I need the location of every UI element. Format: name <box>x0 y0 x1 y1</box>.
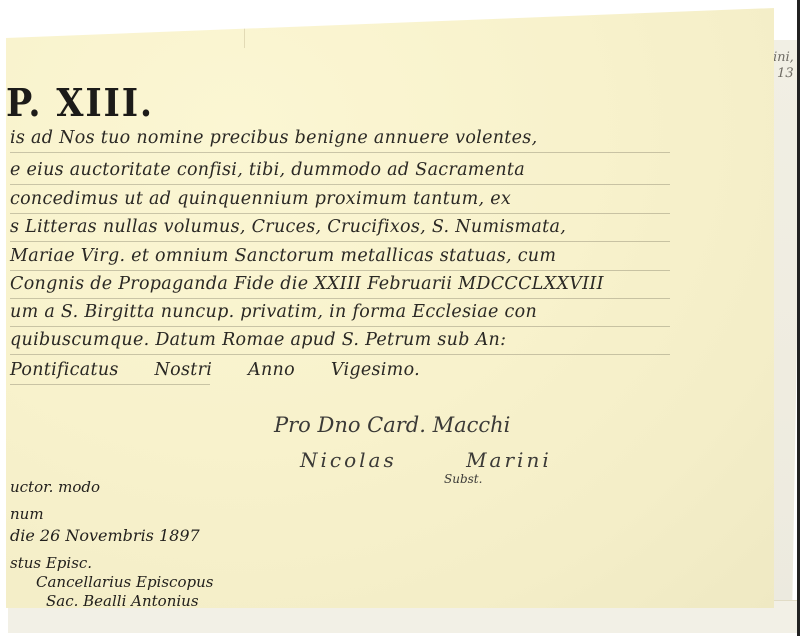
annotation-line: num <box>10 505 44 523</box>
ruled-line <box>10 298 670 299</box>
ruled-line <box>10 184 670 185</box>
ruled-line <box>10 241 670 242</box>
body-line: Congnis de Propaganda Fide die XXIII Feb… <box>10 274 604 294</box>
ruled-line <box>10 384 210 385</box>
document-page: P. XIII. is ad Nos tuo nomine precibus b… <box>6 8 774 608</box>
signature-line-2: Nicolas Marini <box>300 448 552 472</box>
body-line: quibuscumque. Datum Romae apud S. Petrum… <box>10 330 506 350</box>
body-line: Mariae Virg. et omnium Sanctorum metalli… <box>10 246 556 266</box>
ruled-line <box>10 354 670 355</box>
scan-margin-left <box>0 0 6 636</box>
body-line: um a S. Birgitta nuncup. privatim, in fo… <box>10 302 537 322</box>
signature-mark: Subst. <box>444 472 482 486</box>
ruled-line <box>10 213 670 214</box>
ruled-line <box>10 270 670 271</box>
annotation-date: die 26 Novembris 1897 <box>10 526 200 545</box>
back-sheet-note: ini, 13 <box>773 50 794 82</box>
body-line: is ad Nos tuo nomine precibus benigne an… <box>10 128 537 148</box>
ruled-line <box>10 152 670 153</box>
annotation-line: Sac. Bealli Antonius <box>46 592 199 610</box>
body-line: concedimus ut ad quinquennium proximum t… <box>10 189 511 209</box>
ruled-line <box>10 326 670 327</box>
annotation-line: stus Episc. <box>10 554 92 572</box>
body-line: e eius auctoritate confisi, tibi, dummod… <box>10 160 525 180</box>
document-heading: P. XIII. <box>6 80 154 125</box>
signature-line-1: Pro Dno Card. Macchi <box>274 413 510 437</box>
paper-fold <box>244 18 245 48</box>
annotation-line: Cancellarius Episcopus <box>36 573 213 591</box>
body-line: s Litteras nullas volumus, Cruces, Cruci… <box>10 217 566 237</box>
annotation-line: uctor. modo <box>10 478 100 496</box>
body-line: Pontificatus Nostri Anno Vigesimo. <box>10 360 420 380</box>
